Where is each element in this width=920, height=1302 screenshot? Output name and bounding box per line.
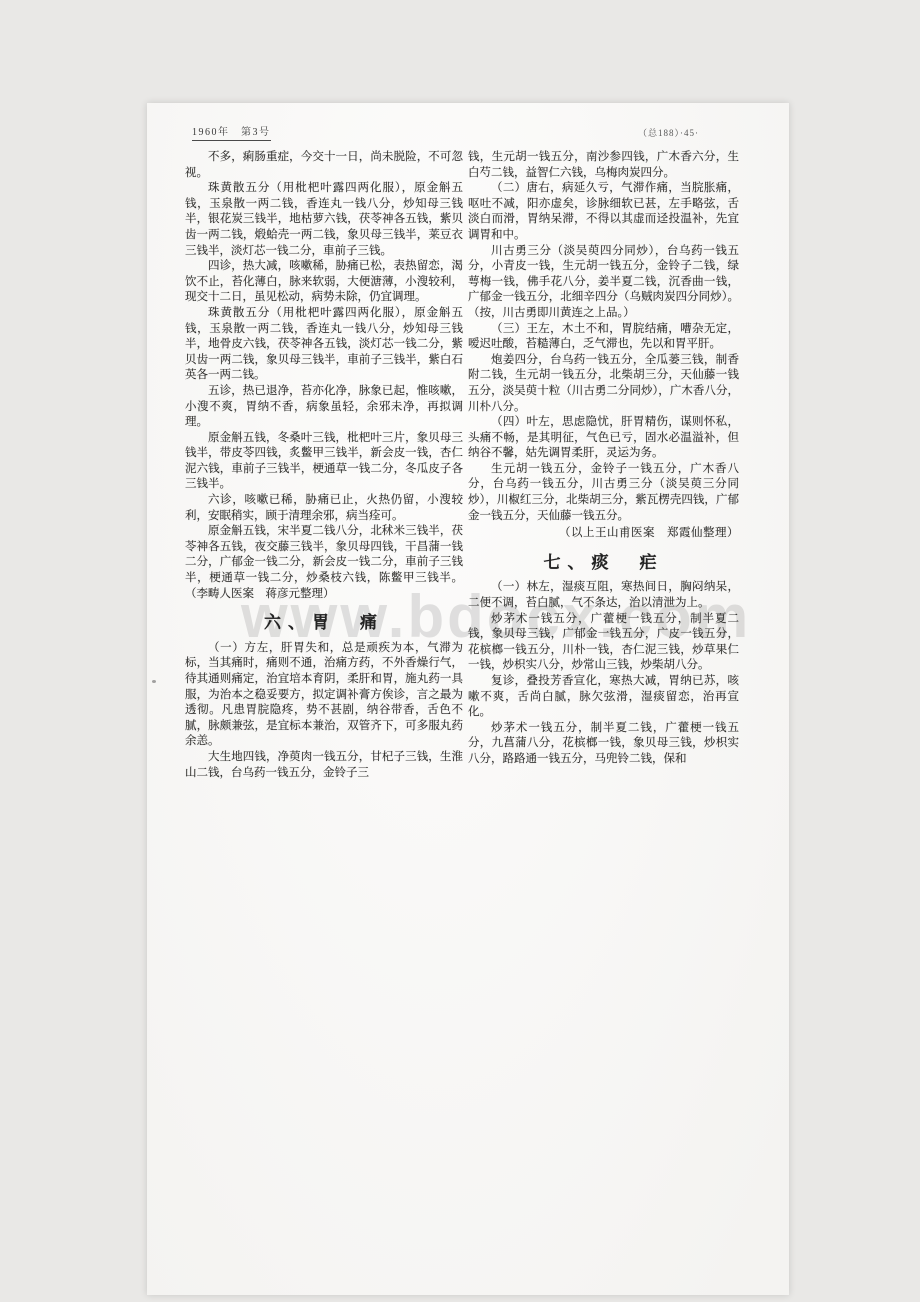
prescription-paragraph: 原金斛五钱，冬桑叶三钱，枇杷叶三片，象贝母三钱半，带皮苓四钱，炙鳖甲三钱半，新会…: [185, 431, 463, 493]
section-heading-stomach-pain: 六、胃 痛: [185, 615, 463, 631]
case-paragraph: （三）王左，木土不和，胃脘结痛，嘈杂无定，嗳迟吐酸，苔糙薄白，乏气滞也，先以和胃…: [468, 322, 739, 353]
case-paragraph: （四）叶左，思虑隐忧，肝胃精伤，谋则怀私，头痛不畅，是其明征，气色已亏，固水必温…: [468, 415, 739, 462]
page-number-label: （总188）·45·: [539, 126, 699, 139]
case-paragraph: （一）林左，湿痰互阻，寒热间日，胸闷纳呆，二便不调，苔白腻，气不条达，治以清泄为…: [468, 580, 739, 611]
attribution-line: （以上王山甫医案 郑霞仙整理）: [468, 526, 739, 542]
ink-speck: [152, 680, 156, 683]
prescription-paragraph: 川古勇三分（淡吴萸四分同炒），台乌药一钱五分，小青皮一钱，生元胡一钱五分，金铃子…: [468, 244, 739, 322]
paragraph: 不多，痢肠重症，今交十一日，尚未脱险，不可忽视。: [185, 150, 463, 181]
case-paragraph: （一）方左，肝胃失和，总是顽疾为本，气滞为标，当其痛时，痛则不通，治痛方药，不外…: [185, 641, 463, 750]
prescription-paragraph: 大生地四钱，净萸肉一钱五分，甘杞子三钱，生淮山二钱，台乌药一钱五分，金铃子三: [185, 750, 463, 781]
prescription-paragraph: 生元胡一钱五分，金铃子一钱五分，广木香八分，台乌药一钱五分，川古勇三分（淡吴萸三…: [468, 462, 739, 524]
prescription-paragraph: 炒茅术一钱五分，广藿梗一钱五分，制半夏二钱，象贝母三钱，广郁金一钱五分，广皮一钱…: [468, 612, 739, 674]
text-column-left: 不多，痢肠重症，今交十一日，尚未脱险，不可忽视。 珠黄散五分（用枇杷叶露四两化服…: [185, 150, 463, 781]
paragraph: 四诊，热大减，咳嗽稀，胁痛已松，表热留恋，渴饮不止，苔化薄白，脉来软弱，大便溏薄…: [185, 259, 463, 306]
paragraph: 五诊，热已退净，苔亦化净，脉象已起，惟咳嗽，小溲不爽，胃纳不香，病象虽轻，余邪未…: [185, 384, 463, 431]
prescription-paragraph: 珠黄散五分（用枇杷叶露四两化服），原金斛五钱，玉泉散一两二钱，香连丸一钱八分，炒…: [185, 181, 463, 259]
scanned-journal-page: 1960年 第3号 （总188）·45· www.bdocx.com 不多，痢肠…: [147, 103, 789, 1295]
paragraph: 复诊，叠投芳香宣化，寒热大减，胃纳已苏，咳嗽不爽，舌尚白腻，脉欠弦滑，湿痰留恋，…: [468, 674, 739, 721]
continued-paragraph: 钱，生元胡一钱五分，南沙参四钱，广木香六分，生白芍二钱，益智仁六钱，乌梅肉炭四分…: [468, 150, 739, 181]
prescription-paragraph: 珠黄散五分（用枇杷叶露四两化服），原金斛五钱，玉泉散一两二钱，香连丸一钱八分，炒…: [185, 306, 463, 384]
prescription-paragraph: 原金斛五钱，宋半夏二钱八分，北秫米三钱半，茯苓神各五钱，夜交藤三钱半，象贝母四钱…: [185, 524, 463, 602]
journal-issue-label: 1960年 第3号: [192, 123, 271, 141]
prescription-paragraph: 炒茅术一钱五分，制半夏二钱，广藿梗一钱五分，九菖蒲八分，花槟榔一钱，象贝母三钱，…: [468, 721, 739, 768]
prescription-paragraph: 炮姜四分，台乌药一钱五分，全瓜蒌三钱，制香附二钱，生元胡一钱五分，北柴胡三分，天…: [468, 353, 739, 415]
paragraph: 六诊，咳嗽已稀，胁痛已止，火热仍留，小溲较利，安眠稍实，顾于清理余邪，病当痊可。: [185, 493, 463, 524]
section-heading-phlegm-malaria: 七、痰 疟: [468, 555, 739, 571]
case-paragraph: （二）唐右，病延久亏，气滞作痛，当脘胀痛，呕吐不减，阳亦虚矣，诊脉细软已甚，左手…: [468, 181, 739, 243]
text-column-right: 钱，生元胡一钱五分，南沙参四钱，广木香六分，生白芍二钱，益智仁六钱，乌梅肉炭四分…: [468, 150, 739, 768]
